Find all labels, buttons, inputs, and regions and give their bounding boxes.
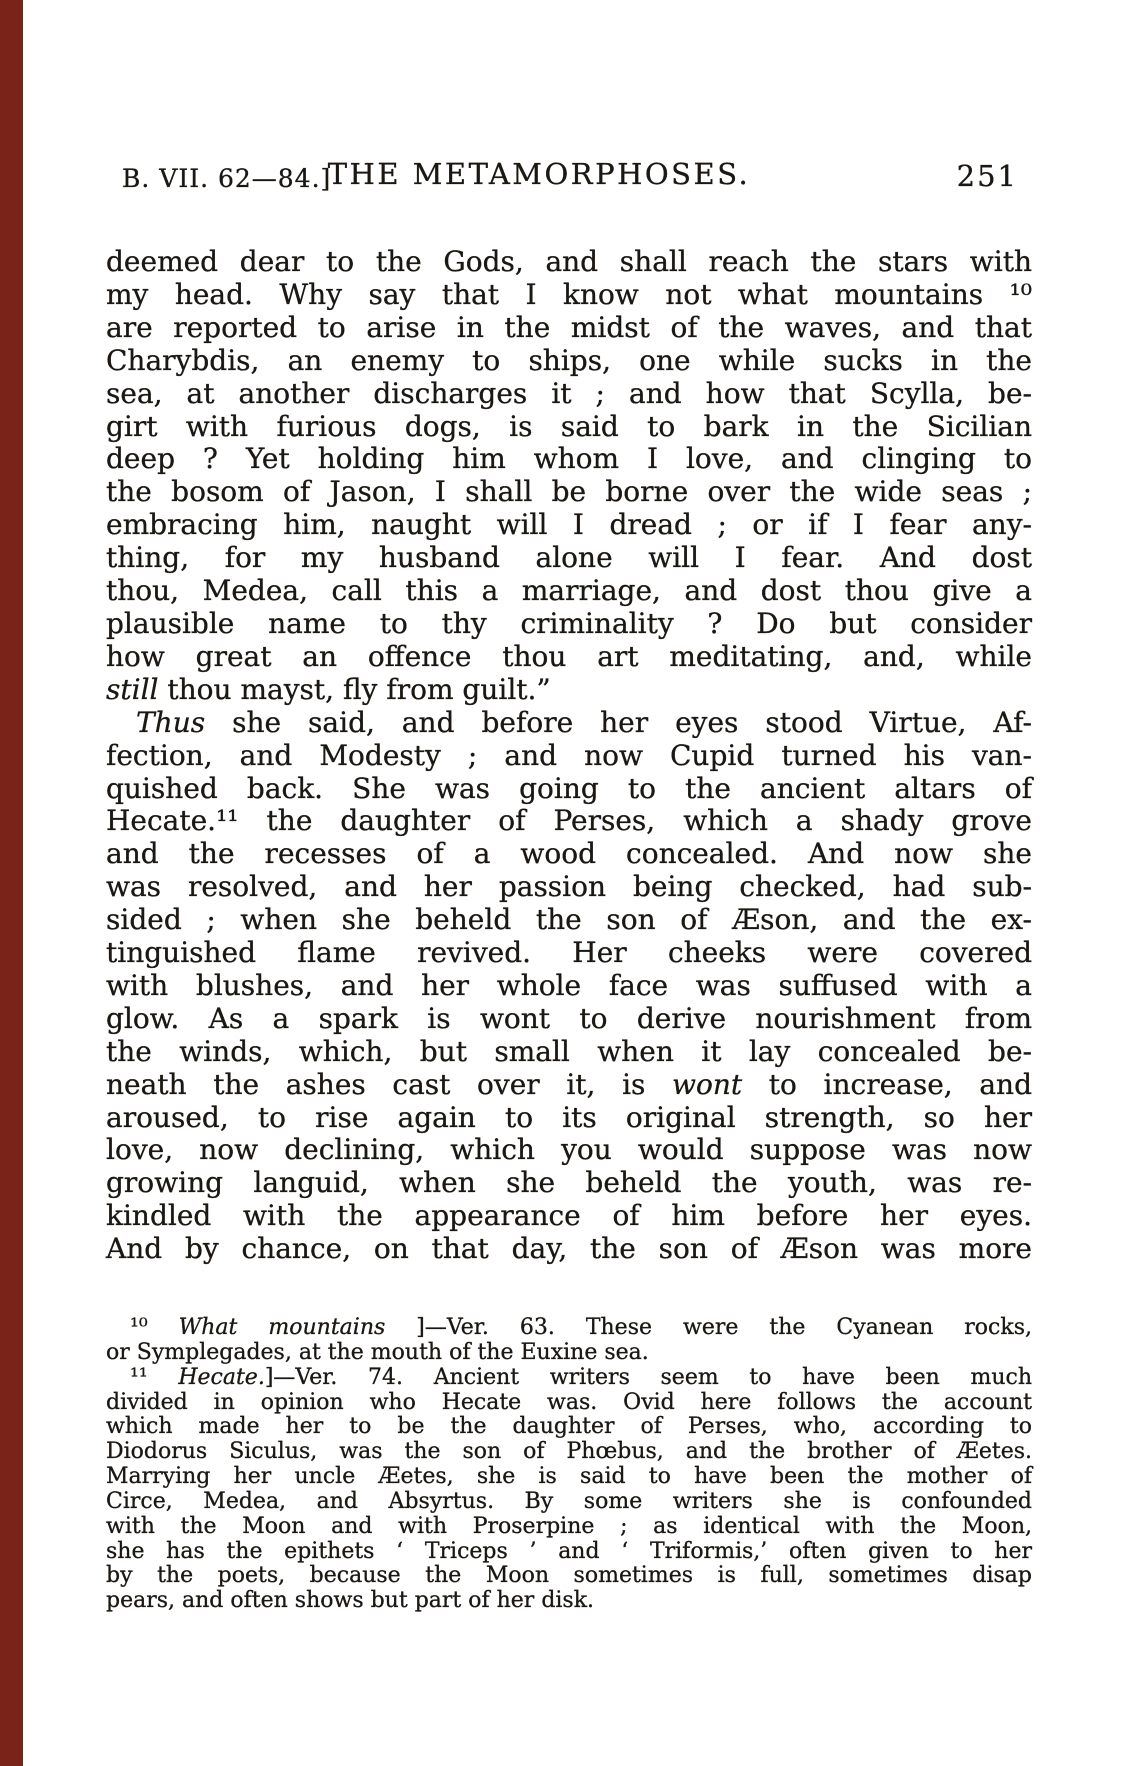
- text-line: thou, Medea, call this a marriage, and d…: [106, 575, 1032, 608]
- text-line: how great an offence thou art meditating…: [106, 641, 1032, 674]
- text-line: Marrying her uncle Æetes, she is said to…: [106, 1465, 1032, 1490]
- scanned-book-page: B. VII. 62—84.] THE METAMORPHOSES. 251 d…: [0, 0, 1139, 1766]
- header-page-number: 251: [957, 159, 1018, 193]
- header-title: THE METAMORPHOSES.: [106, 157, 972, 191]
- book-edge-strip: [0, 0, 23, 1766]
- text-line: was resolved, and her passion being chec…: [106, 871, 1032, 904]
- text-line: or Symplegades, at the mouth of the Euxi…: [106, 1341, 1032, 1366]
- page-header: B. VII. 62—84.] THE METAMORPHOSES. 251: [106, 150, 1032, 212]
- text-line: are reported to arise in the midst of th…: [106, 312, 1032, 345]
- text-line: deemed dear to the Gods, and shall reach…: [106, 246, 1032, 279]
- text-line: plausible name to thy criminality ? Do b…: [106, 608, 1032, 641]
- text-line: neath the ashes cast over it, is wont to…: [106, 1069, 1032, 1102]
- text-line: ¹⁰ What mountains ]—Ver. 63. These were …: [106, 1316, 1032, 1341]
- text-line: my head. Why say that I know not what mo…: [106, 279, 1032, 312]
- text-line: aroused, to rise again to its original s…: [106, 1102, 1032, 1135]
- text-line: embracing him, naught will I dread ; or …: [106, 509, 1032, 542]
- body-paragraph-1: deemed dear to the Gods, and shall reach…: [106, 246, 1032, 707]
- text-line: with blushes, and her whole face was suf…: [106, 970, 1032, 1003]
- text-line: divided in opinion who Hecate was. Ovid …: [106, 1391, 1032, 1416]
- text-line: which made her to be the daughter of Per…: [106, 1415, 1032, 1440]
- body-paragraph-2: Thus she said, and before her eyes stood…: [106, 707, 1032, 1266]
- text-line: fection, and Modesty ; and now Cupid tur…: [106, 740, 1032, 773]
- body-text: deemed dear to the Gods, and shall reach…: [106, 246, 1032, 1266]
- text-line: sea, at another discharges it ; and how …: [106, 378, 1032, 411]
- footnote-11: ¹¹ Hecate.]—Ver. 74. Ancient writers see…: [106, 1366, 1032, 1614]
- text-line: kindled with the appearance of him befor…: [106, 1200, 1032, 1233]
- text-line: tinguished flame revived. Her cheeks wer…: [106, 937, 1032, 970]
- text-line: love, now declining, which you would sup…: [106, 1134, 1032, 1167]
- text-line: Hecate.¹¹ the daughter of Perses, which …: [106, 805, 1032, 838]
- text-line: glow. As a spark is wont to derive nouri…: [106, 1003, 1032, 1036]
- text-line: she has the epithets ‘ Triceps ’ and ‘ T…: [106, 1540, 1032, 1565]
- text-line: the bosom of Jason, I shall be borne ove…: [106, 476, 1032, 509]
- text-line: Circe, Medea, and Absyrtus. By some writ…: [106, 1490, 1032, 1515]
- text-line: ¹¹ Hecate.]—Ver. 74. Ancient writers see…: [106, 1366, 1032, 1391]
- text-line: And by chance, on that day, the son of Æ…: [106, 1233, 1032, 1266]
- text-line: sided ; when she beheld the son of Æson,…: [106, 904, 1032, 937]
- text-line: growing languid, when she beheld the you…: [106, 1167, 1032, 1200]
- text-line: Diodorus Siculus, was the son of Phœbus,…: [106, 1440, 1032, 1465]
- text-line: quished back. She was going to the ancie…: [106, 773, 1032, 806]
- text-line: and the recesses of a wood concealed. An…: [106, 838, 1032, 871]
- text-line: still thou mayst, fly from guilt.”: [106, 674, 1032, 707]
- text-line: the winds, which, but small when it lay …: [106, 1036, 1032, 1069]
- text-line: by the poets, because the Moon sometimes…: [106, 1564, 1032, 1589]
- text-line: with the Moon and with Proserpine ; as i…: [106, 1515, 1032, 1540]
- text-line: girt with furious dogs, is said to bark …: [106, 411, 1032, 444]
- text-line: thing, for my husband alone will I fear.…: [106, 542, 1032, 575]
- text-line: pears, and often shows but part of her d…: [106, 1589, 1032, 1614]
- footnote-10: ¹⁰ What mountains ]—Ver. 63. These were …: [106, 1316, 1032, 1366]
- text-line: deep ? Yet holding him whom I love, and …: [106, 443, 1032, 476]
- text-line: Charybdis, an enemy to ships, one while …: [106, 345, 1032, 378]
- footnotes-section: ¹⁰ What mountains ]—Ver. 63. These were …: [106, 1316, 1032, 1614]
- text-line: Thus she said, and before her eyes stood…: [106, 707, 1032, 740]
